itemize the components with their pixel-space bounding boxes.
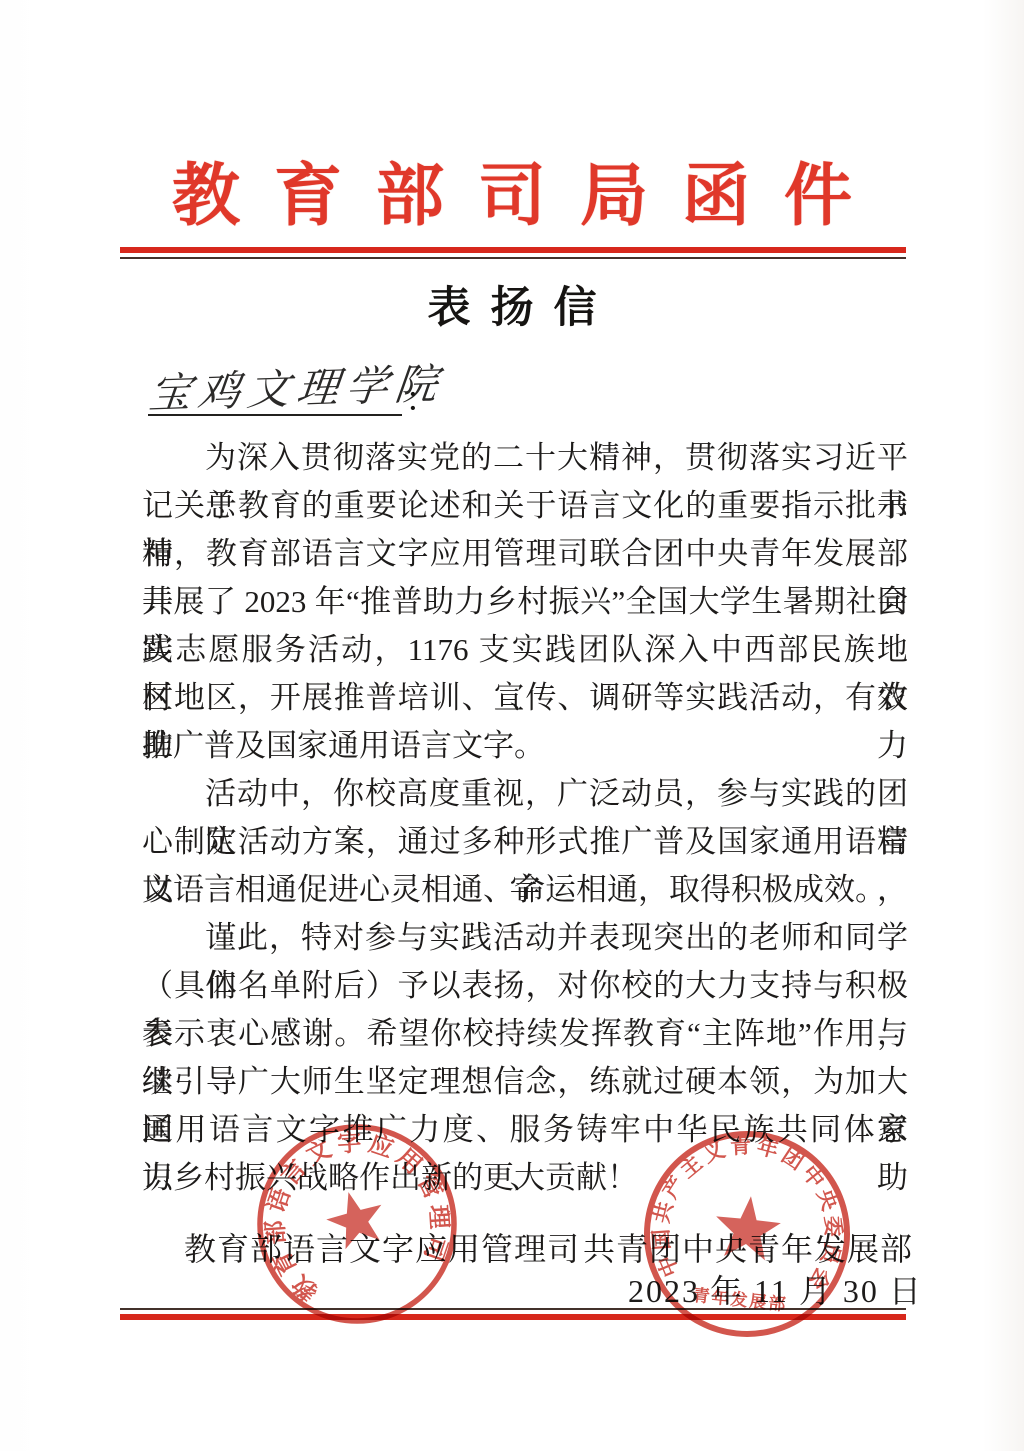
body-line: 开展了 2023 年“推普助力乡村振兴”全国大学生暑期社会实 [142,578,908,626]
star-icon [712,1193,783,1262]
body-line: 续引导广大师生坚定理想信念，练就过硬本领，为加大国家 [142,1058,908,1106]
body-line: 记关于教育的重要论述和关于语言文化的重要指示批示精 [142,482,908,530]
body-line: 心制定活动方案，通过多种形式推广普及国家通用语言文字， [142,818,908,866]
body-line: 表示衷心感谢。希望你校持续发挥教育“主阵地”作用，继 [142,1010,908,1058]
body-line: 谨此，特对参与实践活动并表现突出的老师和同学们 [142,914,908,962]
salutation: 宝鸡文理学院 [150,356,444,418]
star-icon [321,1185,390,1252]
top-rule-red [120,247,906,253]
letter-page: 教育部司局函件 表扬信 宝鸡文理学院 ： 为深入贯彻落实党的二十大精神，贯彻落实… [0,0,1024,1451]
body-line: （具体名单附后）予以表扬，对你校的大力支持与积极参与 [142,962,908,1010]
body-line: 为深入贯彻落实党的二十大精神，贯彻落实习近平总书 [142,434,908,482]
seal-bottom-text: 青年发展部 [692,1285,789,1315]
official-seal-right: 中国共产主义青年团中央委员会 青年发展部 [626,1113,868,1355]
letter-body: 为深入贯彻落实党的二十大精神，贯彻落实习近平总书 记关于教育的重要论述和关于语言… [142,434,908,1202]
recipient-colon: ： [405,372,439,421]
letterhead-title: 教育部司局函件 [0,142,1024,239]
body-line: 村地区，开展推普培训、宣传、调研等实践活动，有效助力 [142,674,908,722]
recipient-name-handwritten: 宝鸡文理学院 [146,351,448,421]
letter-title: 表扬信 [0,274,1024,335]
recipient-underline [148,414,402,416]
top-rule-dark [120,257,906,259]
body-line: 践志愿服务活动，1176 支实践团队深入中西部民族地区、农 [142,626,908,674]
body-line: 神，教育部语言文字应用管理司联合团中央青年发展部共同 [142,530,908,578]
body-line: 以语言相通促进心灵相通、命运相通，取得积极成效。 [142,866,908,914]
body-line: 活动中，你校高度重视，广泛动员，参与实践的团队精 [142,770,908,818]
